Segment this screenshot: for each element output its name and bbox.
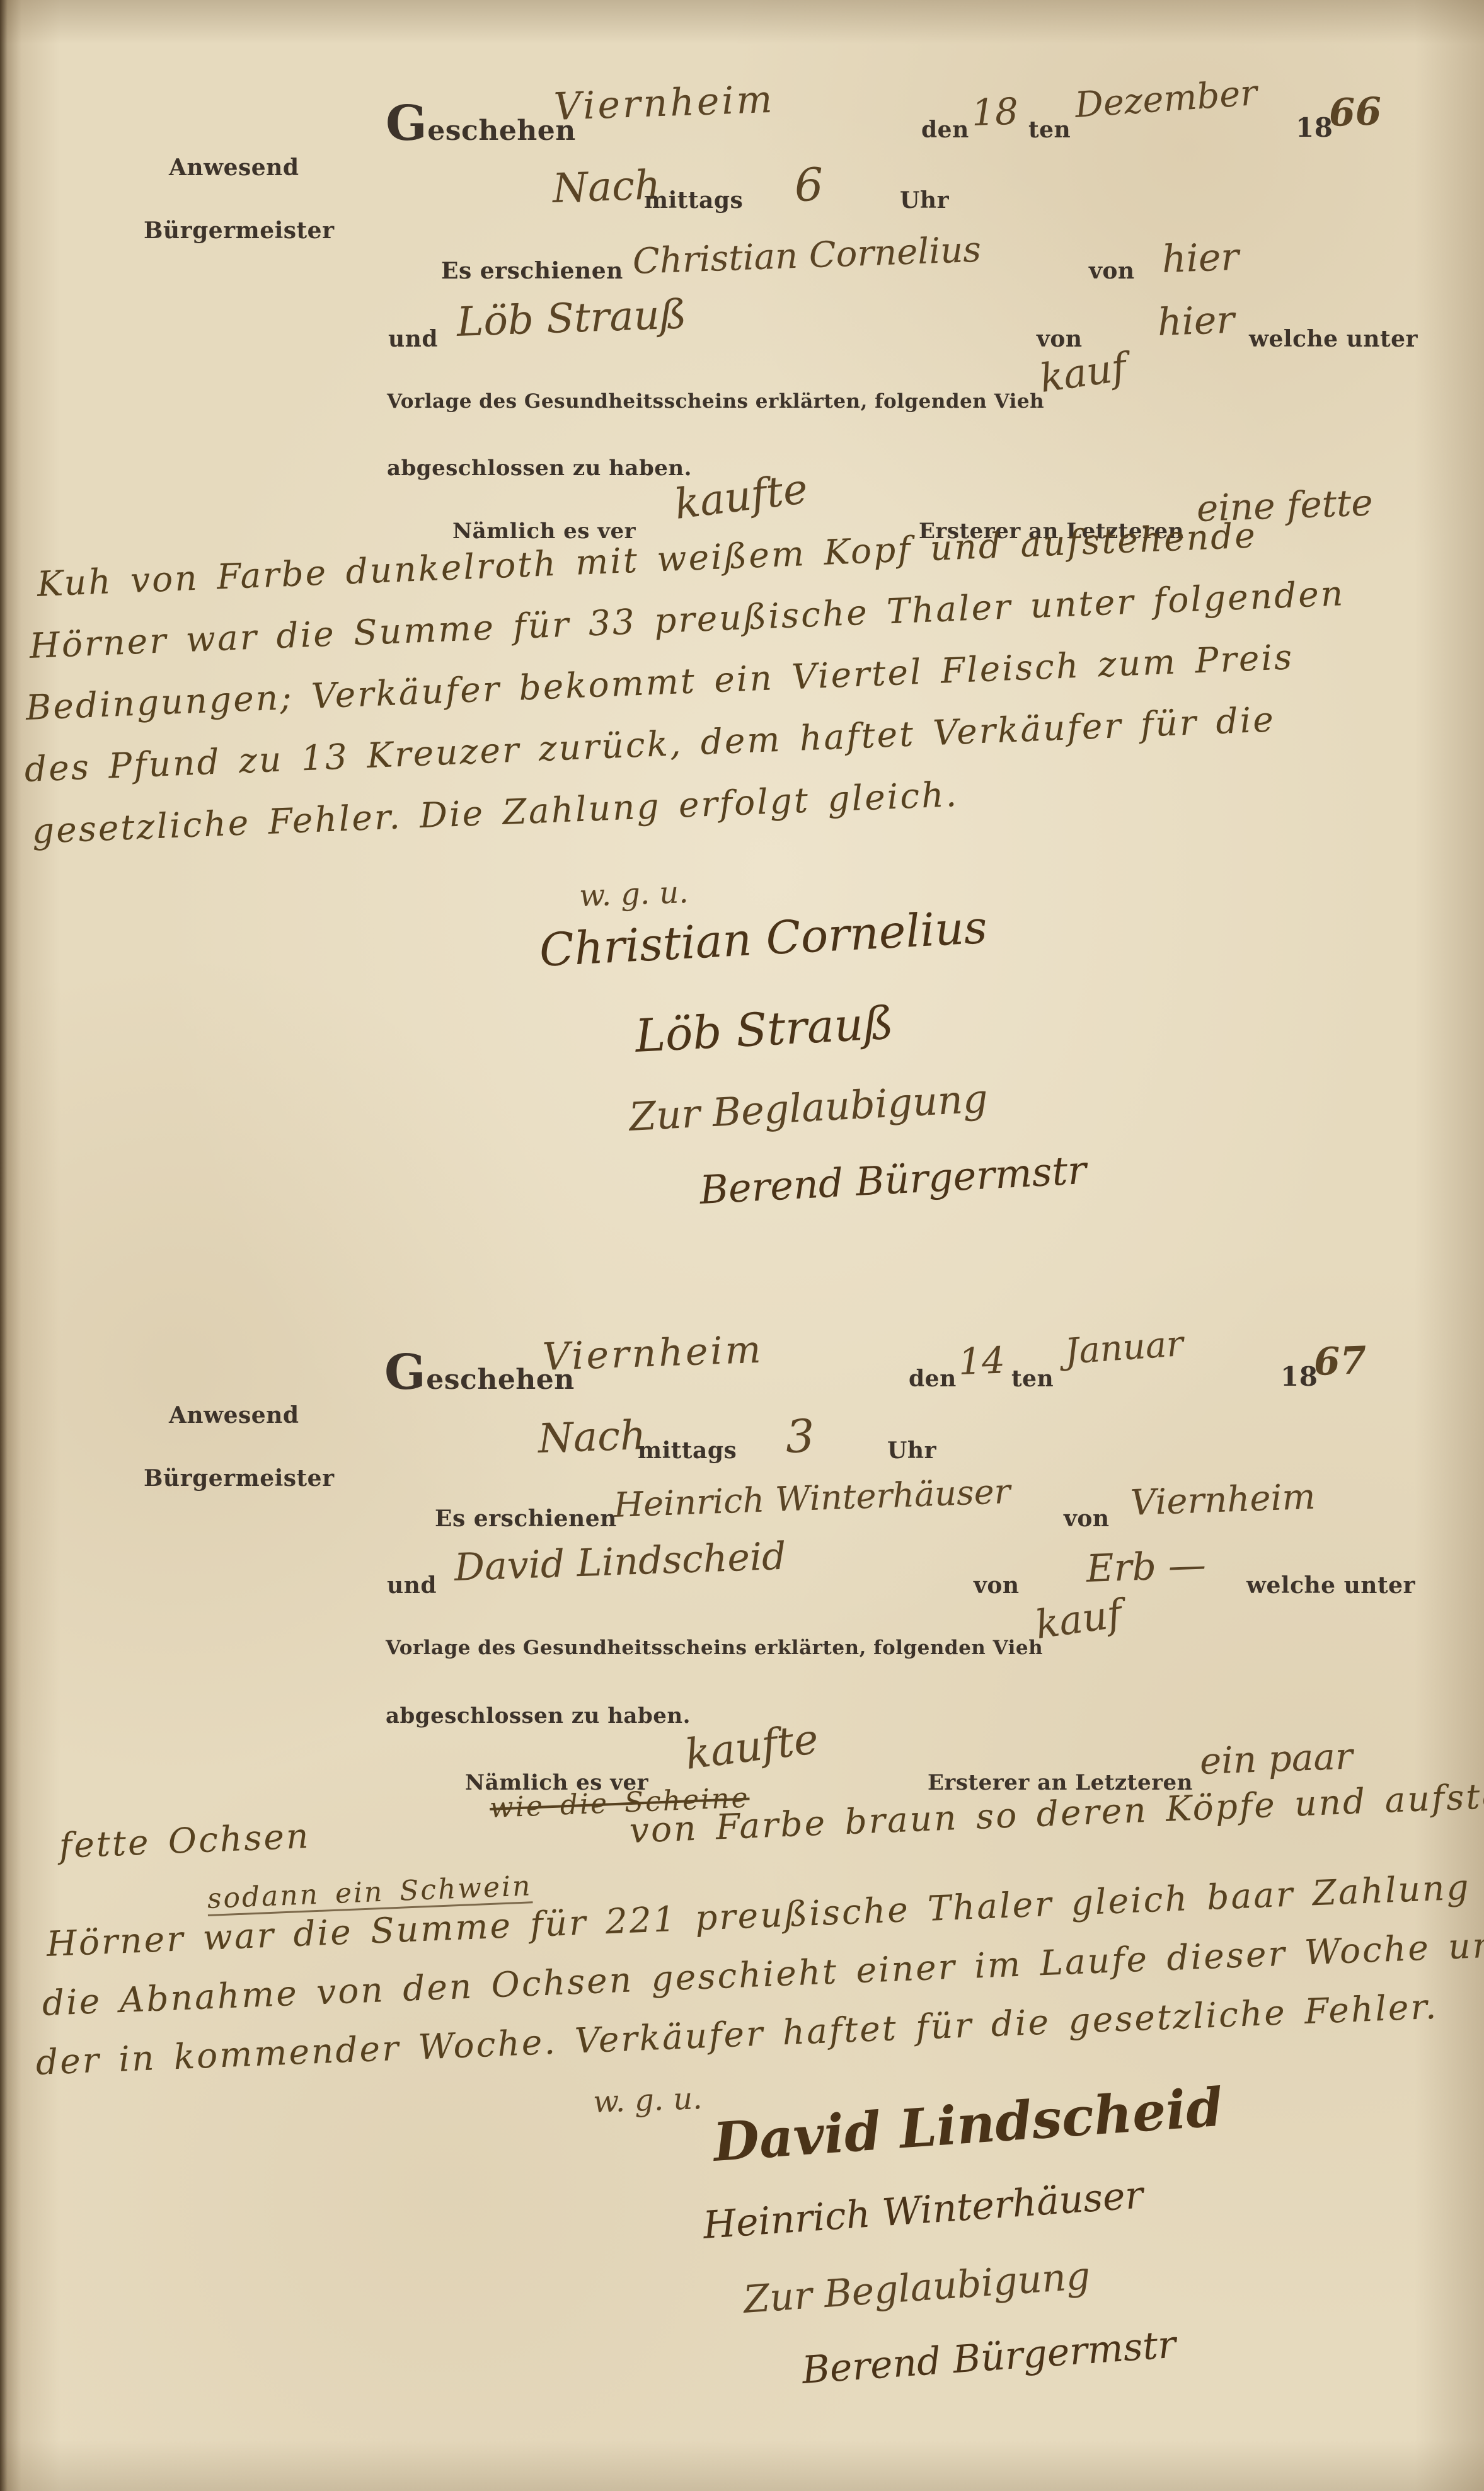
hw-party1-1: Christian Cornelius [632,233,982,280]
label-vorlage-2: Vorlage des Gesundheitsscheins erklärten… [386,1638,1043,1658]
hw-party2-1: Löb Strauß [456,294,687,343]
label-ten-2: ten [1011,1367,1054,1390]
hw-place-1: Viernheim [553,81,775,126]
label-mittags-1: mittags [644,189,743,212]
label-geschehen-1: Geschehen [386,100,576,148]
document-page: Anwesend Bürgermeister Geschehen Viernhe… [0,0,1484,2491]
hw-month-2: Januar [1064,1326,1185,1370]
signature-party2-2: David Lindscheid [711,2081,1224,2169]
label-welche-unter-1: welche unter [1249,328,1418,350]
label-von-2b: von [974,1574,1020,1597]
hw-party2-from-2: Erb — [1086,1546,1207,1588]
signature-party2-1: Löb Strauß [634,1000,894,1059]
label-uhr-2: Uhr [887,1439,936,1462]
signature-buergermeister-2: Berend Bürgermstr [801,2326,1177,2390]
label-von-1b: von [1037,328,1083,350]
margin-label-buergermeister-1: Bürgermeister [144,219,335,242]
hw-kauf-2: kauf [1033,1594,1124,1645]
hw-object-2: ein paar [1199,1738,1354,1780]
hw-year-suffix-2: 67 [1313,1342,1367,1381]
label-abgeschlossen-2: abgeschlossen zu haben. [386,1705,691,1727]
hw-body-1-line-4: gesetzliche Fehler. Die Zahlung erfolgt … [32,777,959,849]
hw-party2-2: David Lindscheid [454,1538,786,1587]
label-von-1a: von [1089,260,1135,282]
label-welche-unter-2: welche unter [1246,1574,1415,1597]
signature-buergermeister-1: Berend Bürgermstr [699,1151,1088,1210]
label-den-1: den [921,118,969,141]
hw-beglaubigung-2: Zur Beglaubigung [742,2257,1091,2319]
label-es-erschienen-2: Es erschienen [435,1507,617,1530]
hw-daytime-prefix-2: Nach [538,1415,647,1459]
hw-day-1: 18 [971,93,1019,131]
label-vorlage-1: Vorlage des Gesundheitsscheins erklärten… [387,392,1044,411]
label-von-2a: von [1064,1507,1110,1530]
signature-party1-1: Christian Cornelius [538,904,988,973]
hw-party1-2: Heinrich Winterhäuser [613,1475,1011,1522]
hw-beglaubigung-1: Zur Beglaubigung [628,1079,989,1137]
label-uhr-1: Uhr [900,189,949,212]
hw-day-2: 14 [958,1342,1006,1380]
hw-month-1: Dezember [1074,76,1258,124]
hw-kaufte-2: kaufte [683,1718,820,1776]
hw-place-2: Viernheim [542,1331,764,1376]
hw-wgu-2: w. g. u. [592,2083,703,2117]
margin-label-anwesend-2: Anwesend [169,1404,299,1427]
hw-kaufte-1: kaufte [672,468,810,526]
label-ten-1: ten [1028,118,1071,141]
label-abgeschlossen-1: abgeschlossen zu haben. [387,457,692,479]
hw-body-2-pre: fette Ochsen [59,1819,311,1863]
label-den-2: den [909,1367,957,1390]
hw-hour-1: 6 [793,161,824,208]
signature-party1-2: Heinrich Winterhäuser [702,2176,1144,2245]
hw-party1-from-1: hier [1161,238,1240,279]
hw-wgu-1: w. g. u. [578,877,689,911]
label-und-1: und [388,328,438,350]
hw-party2-from-1: hier [1157,301,1235,342]
hw-kauf-1: kauf [1037,347,1129,398]
label-naemlich-1: Nämlich es ver [452,521,636,542]
label-year-century-2: 18 [1280,1364,1318,1390]
label-year-century-1: 18 [1296,115,1333,141]
label-mittags-2: mittags [638,1439,737,1462]
label-es-erschienen-1: Es erschienen [441,260,623,282]
hw-year-suffix-1: 66 [1328,93,1383,132]
hw-party1-from-2: Viernheim [1130,1480,1316,1521]
margin-label-buergermeister-2: Bürgermeister [144,1467,335,1490]
label-und-2: und [387,1574,437,1597]
hw-hour-2: 3 [785,1413,815,1459]
margin-label-anwesend-1: Anwesend [169,156,299,179]
